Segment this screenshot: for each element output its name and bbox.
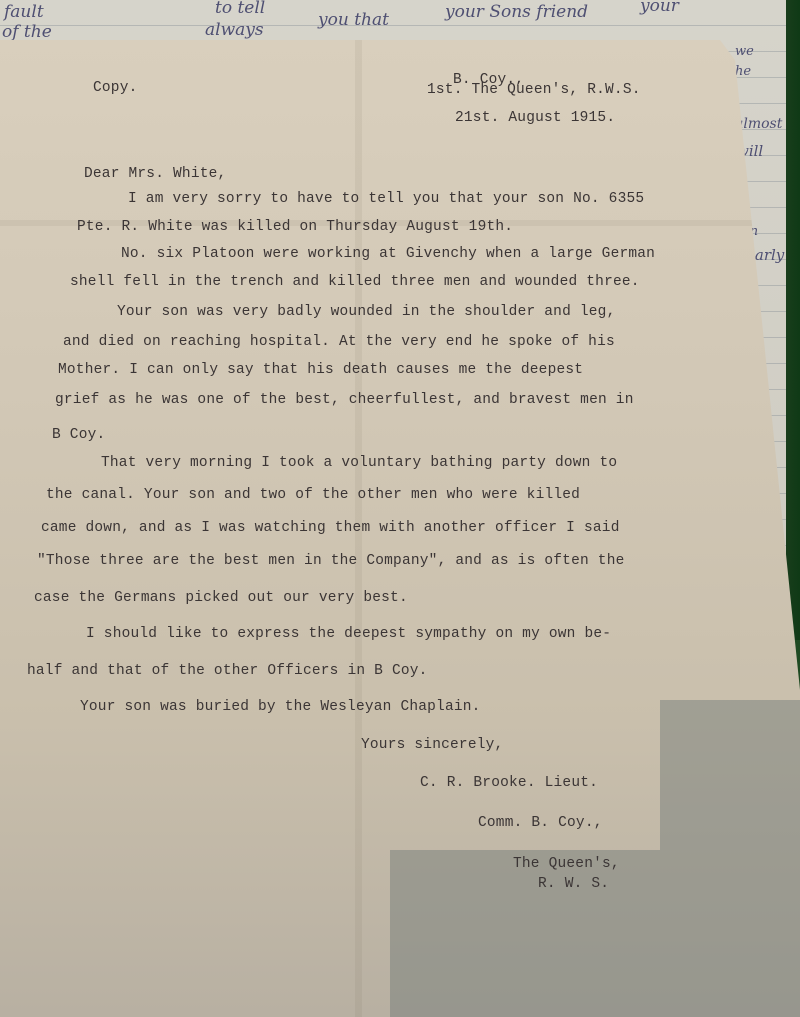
body-line: shell fell in the trench and killed thre…: [70, 274, 640, 290]
mount-background: [784, 0, 800, 640]
handwriting-fragment: of the: [2, 22, 52, 42]
closing: Yours sincerely,: [361, 737, 503, 753]
body-line: Mother. I can only say that his death ca…: [58, 362, 583, 378]
signature-title: Comm. B. Coy.,: [478, 815, 603, 831]
body-line: Pte. R. White was killed on Thursday Aug…: [77, 219, 513, 235]
header-date: 21st. August 1915.: [455, 110, 615, 126]
signature-name: C. R. Brooke. Lieut.: [420, 775, 598, 791]
header-regiment: 1st. The Queen's, R.W.S.: [427, 82, 641, 98]
body-line: Your son was very badly wounded in the s…: [117, 304, 615, 320]
handwriting-fragment: to tell: [215, 0, 265, 18]
body-line: and died on reaching hospital. At the ve…: [63, 334, 615, 350]
handwriting-fragment: always: [205, 20, 264, 40]
body-line: half and that of the other Officers in B…: [27, 663, 428, 679]
handwriting-fragment: your: [640, 0, 679, 16]
body-line: That very morning I took a voluntary bat…: [101, 455, 617, 471]
body-line: the canal. Your son and two of the other…: [46, 487, 580, 503]
body-line: grief as he was one of the best, cheerfu…: [55, 392, 634, 408]
handwriting-fragment: you that: [318, 10, 389, 30]
body-line: I am very sorry to have to tell you that…: [128, 191, 644, 207]
copy-label: Copy.: [93, 80, 138, 96]
signature-regiment-1: The Queen's,: [513, 856, 620, 872]
handwriting-fragment: your Sons friend: [445, 2, 588, 22]
body-line: Your son was buried by the Wesleyan Chap…: [80, 699, 481, 715]
body-line: B Coy.: [52, 427, 105, 443]
signature-regiment-2: R. W. S.: [538, 876, 609, 892]
body-line: case the Germans picked out our very bes…: [34, 590, 408, 606]
handwriting-fragment: we: [735, 44, 754, 59]
body-line: came down, and as I was watching them wi…: [41, 520, 620, 536]
salutation: Dear Mrs. White,: [84, 166, 226, 182]
handwriting-fragment: fault: [4, 2, 44, 22]
body-line: No. six Platoon were working at Givenchy…: [121, 246, 655, 262]
handwriting-fragment: he: [735, 64, 751, 79]
body-line: "Those three are the best men in the Com…: [37, 553, 625, 569]
body-line: I should like to express the deepest sym…: [86, 626, 611, 642]
